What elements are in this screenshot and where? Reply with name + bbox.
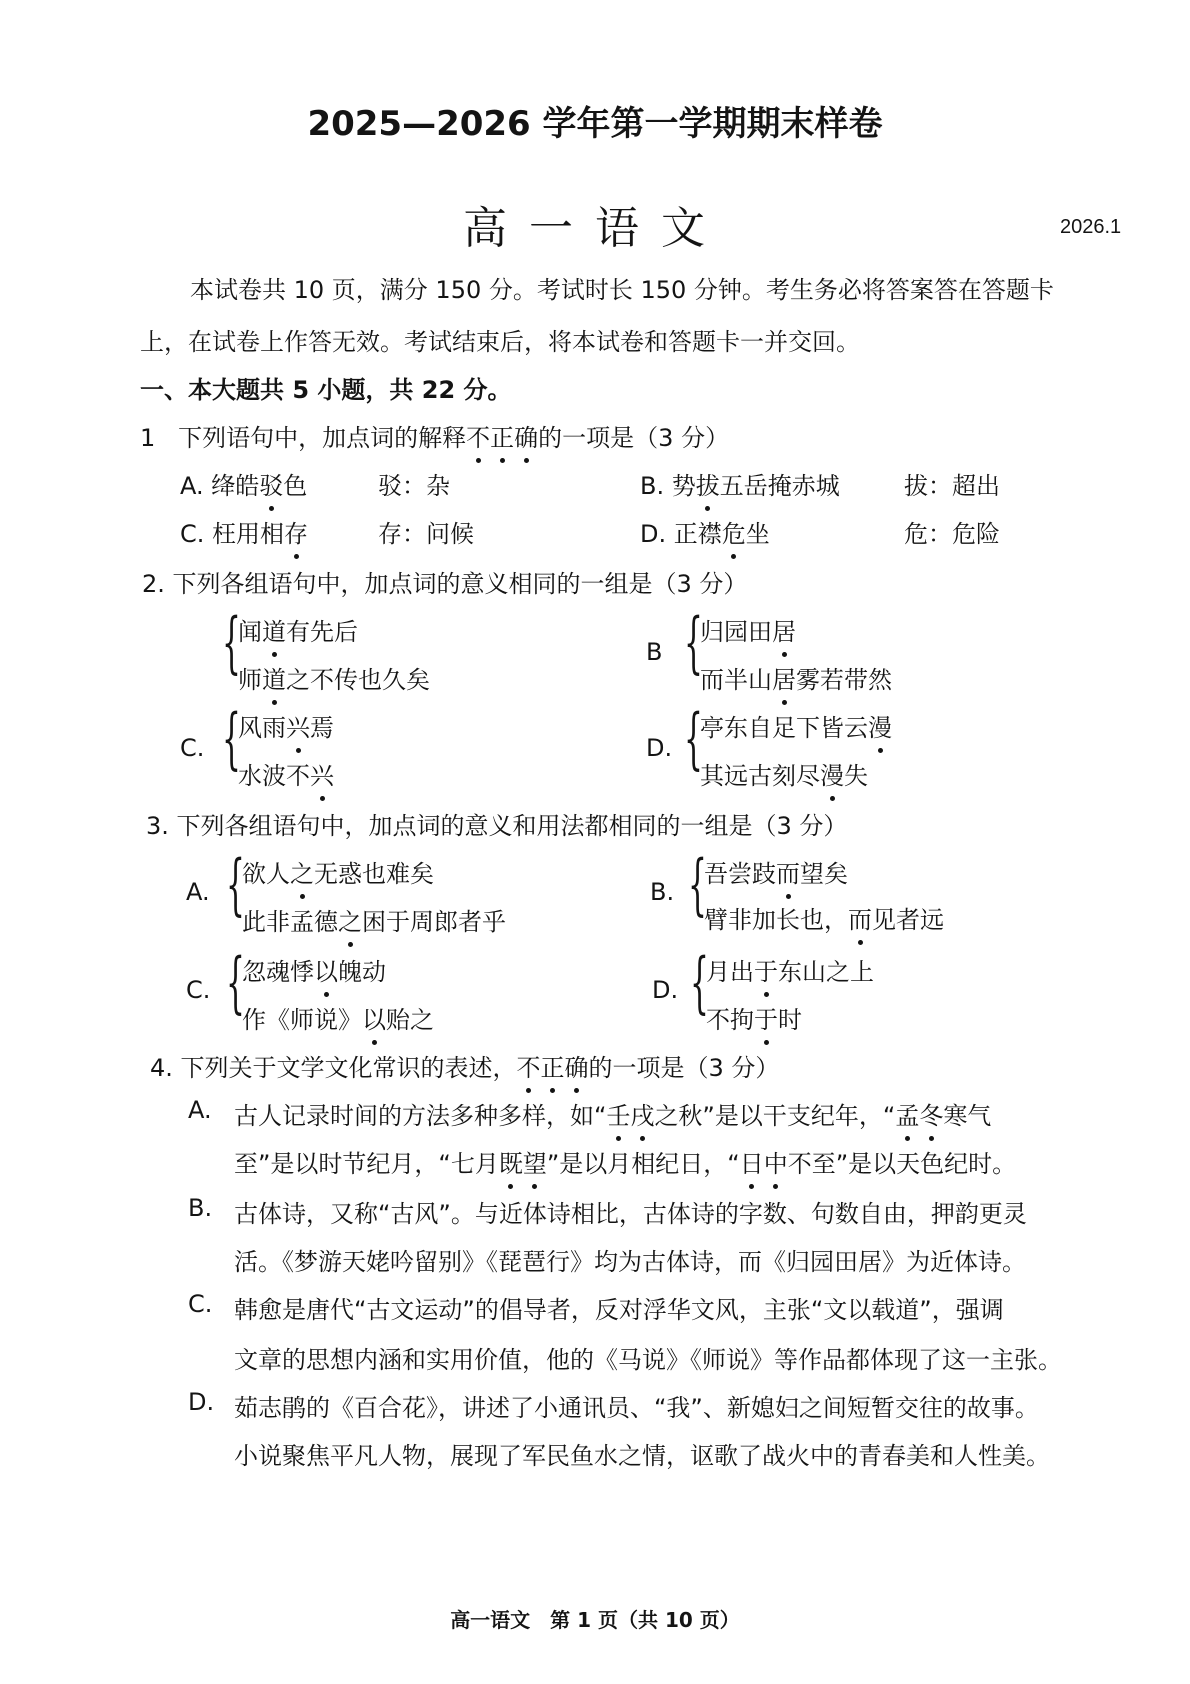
q2-option-c-label: C. xyxy=(180,734,204,762)
q4-option-b-line-1: 古体诗，又称“古风”。与近体诗相比，古体诗的字数、句数自由，押韵更灵 xyxy=(234,1194,1027,1229)
page-footer: 高一语文 第 1 页（共 10 页） xyxy=(0,1604,1190,1633)
emphasis-dot-char: 不 xyxy=(466,418,490,453)
question-2-stem: 2. 下列各组语句中，加点词的意义相同的一组是（3 分） xyxy=(142,564,747,599)
emphasis-dot-char: 而 xyxy=(848,900,872,935)
q4-option-b-line-2: 活。《梦游天姥吟留别》《琵琶行》均为古体诗，而《归园田居》为近体诗。 xyxy=(234,1242,1026,1277)
emphasis-dot-char: 居 xyxy=(772,612,796,647)
emphasis-dot-char: 壬 xyxy=(606,1096,630,1131)
emphasis-dot-char: 望 xyxy=(523,1144,547,1179)
emphasis-dot-char: 居 xyxy=(772,660,796,695)
emphasis-dot-char: 道 xyxy=(262,660,286,695)
q3-option-b-line-2: 臂非加长也，而见者远 xyxy=(704,900,944,935)
q1-option-b: B. 势拔五岳掩赤城 xyxy=(640,466,840,501)
emphasis-dot-char: 道 xyxy=(262,612,286,647)
question-number: 1 xyxy=(140,424,155,452)
instructions-line-1: 本试卷共 10 页，满分 150 分。考试时长 150 分钟。考生务必将答案答在… xyxy=(190,270,1054,305)
emphasis-dot-char: 以 xyxy=(314,952,338,987)
emphasis-dot-char: 之 xyxy=(338,902,362,937)
q2-option-a-line-2: 师道之不传也久矣 xyxy=(238,660,430,695)
subject-title: 高一语文 xyxy=(0,192,1190,256)
q4-option-d-label: D. xyxy=(188,1388,214,1416)
q3-option-a-line-1: 欲人之无惑也难矣 xyxy=(242,854,434,889)
q1-option-b-gloss: 拔：超出 xyxy=(904,466,1000,501)
emphasis-dot-char: 冬 xyxy=(919,1096,943,1131)
q1-option-d-gloss: 危：危险 xyxy=(904,514,1000,549)
q3-option-c-line-2: 作《师说》以贻之 xyxy=(242,1000,434,1035)
q2-option-b-line-1: 归园田居 xyxy=(700,612,796,647)
q2-option-b-label: B xyxy=(646,638,662,666)
emphasis-dot-char: 于 xyxy=(754,952,778,987)
question-1-stem: 1 下列语句中，加点词的解释不正确的一项是（3 分） xyxy=(140,418,729,453)
q1-option-d: D. 正襟危坐 xyxy=(640,514,770,549)
q2-option-d-label: D. xyxy=(646,734,672,762)
section-heading: 一、本大题共 5 小题，共 22 分。 xyxy=(140,370,512,405)
emphasis-dot-char: 兴 xyxy=(286,708,310,743)
q3-option-c-label: C. xyxy=(186,976,210,1004)
question-3-stem: 3. 下列各组语句中，加点词的意义和用法都相同的一组是（3 分） xyxy=(146,806,847,841)
emphasis-dot-char: 孟 xyxy=(895,1096,919,1131)
q4-option-c-line-1: 韩愈是唐代“古文运动”的倡导者，反对浮华文风，主张“文以载道”，强调 xyxy=(234,1290,1004,1325)
emphasis-dot-char: 确 xyxy=(514,418,538,453)
q3-option-a-label: A. xyxy=(186,878,210,906)
q4-option-c-label: C. xyxy=(188,1290,212,1318)
emphasis-dot-char: 存 xyxy=(284,514,308,549)
q4-option-d-line-2: 小说聚焦平凡人物，展现了军民鱼水之情，讴歌了战火中的青春美和人性美。 xyxy=(234,1436,1050,1471)
q2-option-d-line-2: 其远古刻尽漫失 xyxy=(700,756,868,791)
q3-option-a-line-2: 此非孟德之困于周郎者乎 xyxy=(242,902,506,937)
emphasis-dot-char: 拔 xyxy=(696,466,720,501)
emphasis-dot-char: 确 xyxy=(565,1048,589,1083)
emphasis-dot-char: 而 xyxy=(776,854,800,889)
q3-option-b-line-1: 吾尝跂而望矣 xyxy=(704,854,848,889)
q2-option-c-line-2: 水波不兴 xyxy=(238,756,334,791)
q1-option-a: A. 绛皓驳色 xyxy=(180,466,307,501)
exam-date: 2026.1 xyxy=(1060,216,1121,239)
emphasis-dot-char: 驳 xyxy=(259,466,283,501)
emphasis-dot-char: 既 xyxy=(499,1144,523,1179)
q4-option-b-label: B. xyxy=(188,1194,212,1222)
q2-option-c-line-1: 风雨兴焉 xyxy=(238,708,334,743)
emphasis-dot-char: 漫 xyxy=(868,708,892,743)
emphasis-dot-char: 之 xyxy=(290,854,314,889)
q3-option-d-line-2: 不拘于时 xyxy=(706,1000,802,1035)
emphasis-dot-char: 以 xyxy=(362,1000,386,1035)
q2-option-a-line-1: 闻道有先后 xyxy=(238,612,358,647)
emphasis-dot-char: 日 xyxy=(740,1144,764,1179)
q3-option-b-label: B. xyxy=(650,878,674,906)
instructions-line-2: 上，在试卷上作答无效。考试结束后，将本试卷和答题卡一并交回。 xyxy=(140,322,860,357)
q3-option-c-line-1: 忽魂悸以魄动 xyxy=(242,952,386,987)
q1-option-c-gloss: 存：问候 xyxy=(378,514,474,549)
q4-option-c-line-2: 文章的思想内涵和实用价值，他的《马说》《师说》等作品都体现了这一主张。 xyxy=(234,1340,1062,1375)
q4-option-d-line-1: 茹志鹃的《百合花》，讲述了小通讯员、“我”、新媳妇之间短暂交往的故事。 xyxy=(234,1388,1039,1423)
emphasis-dot-char: 漫 xyxy=(820,756,844,791)
q1-option-c: C. 枉用相存 xyxy=(180,514,308,549)
emphasis-dot-char: 危 xyxy=(722,514,746,549)
q3-option-d-label: D. xyxy=(652,976,678,1004)
question-4-stem: 4. 下列关于文学文化常识的表述，不正确的一项是（3 分） xyxy=(150,1048,779,1083)
emphasis-dot-char: 正 xyxy=(541,1048,565,1083)
q2-option-b-line-2: 而半山居雾若带然 xyxy=(700,660,892,695)
q2-option-d-line-1: 亭东自足下皆云漫 xyxy=(700,708,892,743)
emphasis-dot-char: 戌 xyxy=(630,1096,654,1131)
q3-option-d-line-1: 月出于东山之上 xyxy=(706,952,874,987)
emphasis-dot-char: 正 xyxy=(490,418,514,453)
emphasis-dot-char: 中 xyxy=(764,1144,788,1179)
q1-option-a-gloss: 驳：杂 xyxy=(378,466,450,501)
q4-option-a-line-2: 至”是以时节纪月，“七月既望”是以月相纪日，“日中不至”是以天色纪时。 xyxy=(234,1144,1016,1179)
emphasis-dot-char: 不 xyxy=(517,1048,541,1083)
q4-option-a-line-1: 古人记录时间的方法多种多样，如“壬戌之秋”是以干支纪年，“孟冬寒气 xyxy=(234,1096,991,1131)
emphasis-dot-char: 于 xyxy=(754,1000,778,1035)
exam-title: 2025—2026 学年第一学期期末样卷 xyxy=(0,96,1190,145)
emphasis-dot-char: 兴 xyxy=(310,756,334,791)
q4-option-a-label: A. xyxy=(188,1096,212,1124)
